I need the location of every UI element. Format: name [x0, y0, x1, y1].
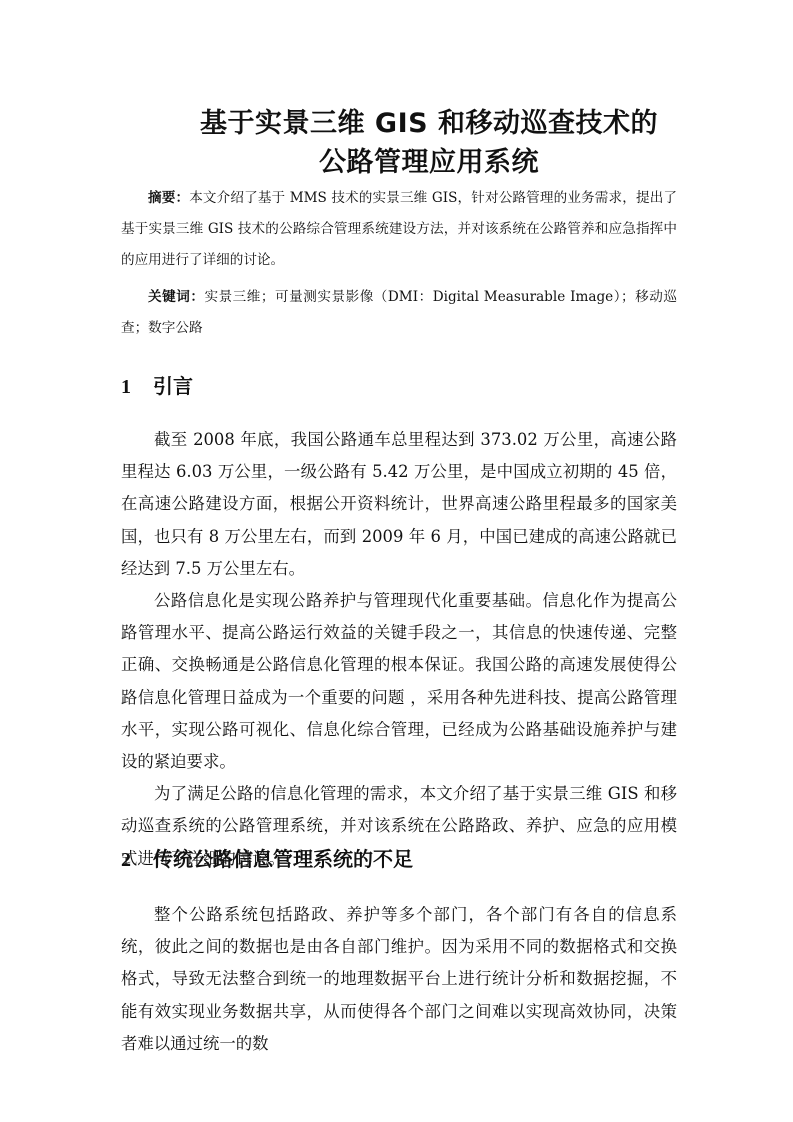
section-title: 引言 — [153, 374, 193, 398]
keywords: 关键词：实景三维；可量测实景影像（DMI：Digital Measurable … — [121, 282, 677, 344]
abstract-block: 摘要：本文介绍了基于 MMS 技术的实景三维 GIS，针对公路管理的业务需求，提… — [121, 183, 677, 344]
abstract-label: 摘要： — [148, 190, 189, 206]
keywords-text: 实景三维；可量测实景影像（DMI：Digital Measurable Imag… — [121, 289, 677, 336]
paragraph: 截至 2008 年底，我国公路通车总里程达到 373.02 万公里，高速公路里程… — [121, 424, 677, 585]
section-heading-2: 2传统公路信息管理系统的不足 — [121, 843, 413, 872]
paper-title-line-2: 公路管理应用系统 — [151, 140, 707, 179]
paper-title-line-1: 基于实景三维 GIS 和移动巡查技术的 — [151, 101, 707, 140]
paragraph: 整个公路系统包括路政、养护等多个部门，各个部门有各自的信息系统，彼此之间的数据也… — [121, 899, 677, 1060]
section-heading-1: 1引言 — [121, 370, 193, 399]
paragraph: 公路信息化是实现公路养护与管理现代化重要基础。信息化作为提高公路管理水平、提高公… — [121, 585, 677, 778]
keywords-label: 关键词： — [148, 289, 204, 305]
section-number: 2 — [121, 849, 153, 872]
section-title: 传统公路信息管理系统的不足 — [153, 847, 413, 871]
abstract-text: 本文介绍了基于 MMS 技术的实景三维 GIS，针对公路管理的业务需求，提出了基… — [121, 190, 677, 268]
section-number: 1 — [121, 376, 153, 399]
abstract: 摘要：本文介绍了基于 MMS 技术的实景三维 GIS，针对公路管理的业务需求，提… — [121, 183, 677, 276]
section-2-body: 整个公路系统包括路政、养护等多个部门，各个部门有各自的信息系统，彼此之间的数据也… — [121, 899, 677, 1060]
section-1-body: 截至 2008 年底，我国公路通车总里程达到 373.02 万公里，高速公路里程… — [121, 424, 677, 875]
